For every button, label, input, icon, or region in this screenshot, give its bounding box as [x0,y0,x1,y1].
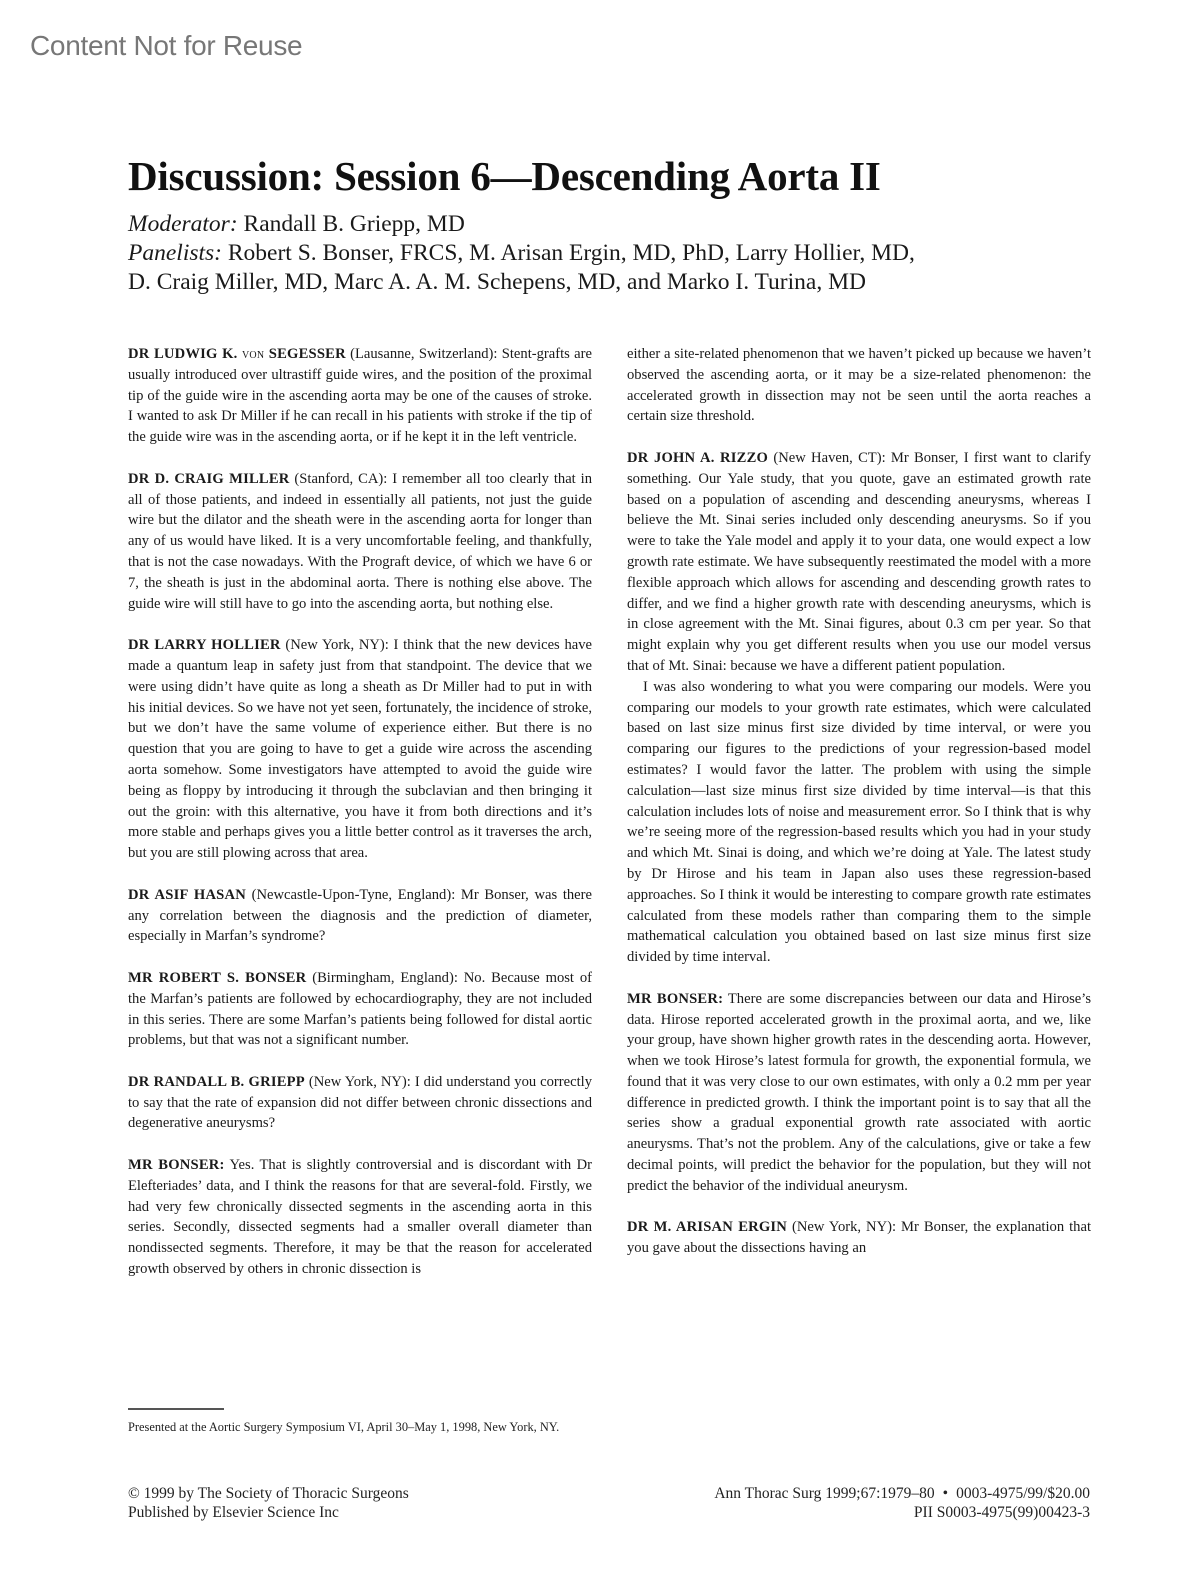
article-title: Discussion: Session 6—Descending Aorta I… [128,152,881,200]
comment-griepp: DR RANDALL B. GRIEPP (New York, NY): I d… [128,1072,592,1134]
speaker-affiliation: (New York, NY): [305,1074,415,1090]
watermark: Content Not for Reuse [30,30,302,62]
footer-right: Ann Thorac Surg 1999;67:1979–80•0003-497… [714,1484,1090,1522]
byline: Moderator: Randall B. Griepp, MD Panelis… [128,210,915,297]
comment-hollier: DR LARRY HOLLIER (New York, NY): I think… [128,635,592,864]
comment-rizzo-paragraph-2: I was also wondering to what you were co… [627,677,1091,968]
panelists-label: Panelists: [128,240,222,266]
panelists-line-2: D. Craig Miller, MD, Marc A. A. M. Schep… [128,268,915,297]
speaker-name: MR BONSER: [627,991,723,1007]
comment-text: I think that the new devices have made a… [128,637,592,861]
speaker-affiliation: (Newcastle-Upon-Tyne, England): [246,887,461,903]
speaker-affiliation: (Birmingham, England): [306,970,463,986]
speaker-name: DR M. ARISAN ERGIN [627,1219,787,1235]
moderator-label: Moderator: [128,211,238,237]
publisher: Published by Elsevier Science Inc [128,1503,409,1522]
speaker-affiliation: (Lausanne, Switzerland): [346,346,502,362]
comment-text: I remember all too clearly that in all o… [128,471,592,612]
speaker-name: DR LUDWIG K. von SEGESSER [128,346,346,362]
speaker-affiliation: (Stanford, CA): [290,471,393,487]
speaker-affiliation: (New York, NY): [787,1219,901,1235]
speaker-name: DR D. CRAIG MILLER [128,471,290,487]
comment-bonser-2-continued: either a site-related phenomenon that we… [627,344,1091,427]
speaker-name: MR BONSER: [128,1157,225,1173]
footnote-divider [128,1408,224,1410]
comment-segesser: DR LUDWIG K. von SEGESSER (Lausanne, Swi… [128,344,592,448]
comment-bonser-2: MR BONSER: Yes. That is slightly controv… [128,1155,592,1280]
comment-miller: DR D. CRAIG MILLER (Stanford, CA): I rem… [128,469,592,615]
speaker-name: MR ROBERT S. BONSER [128,970,306,986]
panelists-names-1: Robert S. Bonser, FRCS, M. Arisan Ergin,… [228,240,915,266]
comment-text: Mr Bonser, I first want to clarify somet… [627,450,1091,674]
speaker-name: DR RANDALL B. GRIEPP [128,1074,305,1090]
comment-bonser-1: MR ROBERT S. BONSER (Birmingham, England… [128,968,592,1051]
footer-left: © 1999 by The Society of Thoracic Surgeo… [128,1484,409,1522]
moderator-name: Randall B. Griepp, MD [244,211,465,237]
speaker-affiliation: (New York, NY): [281,637,394,653]
copyright: © 1999 by The Society of Thoracic Surgeo… [128,1484,409,1503]
speaker-affiliation: (New Haven, CT): [768,450,891,466]
journal-citation: Ann Thorac Surg 1999;67:1979–80 [714,1485,934,1502]
comment-text: There are some discrepancies between our… [627,991,1091,1194]
comment-text: Yes. That is slightly controversial and … [128,1157,592,1277]
bullet-separator: • [943,1485,948,1502]
pii: PII S0003-4975(99)00423-3 [714,1503,1090,1522]
speaker-name: DR JOHN A. RIZZO [627,450,768,466]
comment-ergin: DR M. ARISAN ERGIN (New York, NY): Mr Bo… [627,1217,1091,1259]
comment-bonser-3: MR BONSER: There are some discrepancies … [627,989,1091,1197]
speaker-name: DR LARRY HOLLIER [128,637,281,653]
comment-hasan: DR ASIF HASAN (Newcastle-Upon-Tyne, Engl… [128,885,592,947]
speaker-name: DR ASIF HASAN [128,887,246,903]
footnote: Presented at the Aortic Surgery Symposiu… [128,1418,592,1436]
citation-line: Ann Thorac Surg 1999;67:1979–80•0003-497… [714,1484,1090,1503]
comment-rizzo: DR JOHN A. RIZZO (New Haven, CT): Mr Bon… [627,448,1091,677]
issn: 0003-4975/99/$20.00 [956,1485,1090,1502]
left-column: DR LUDWIG K. von SEGESSER (Lausanne, Swi… [128,344,592,1280]
moderator-line: Moderator: Randall B. Griepp, MD [128,210,915,239]
right-column: either a site-related phenomenon that we… [627,344,1091,1259]
panelists-line-1: Panelists: Robert S. Bonser, FRCS, M. Ar… [128,239,915,268]
